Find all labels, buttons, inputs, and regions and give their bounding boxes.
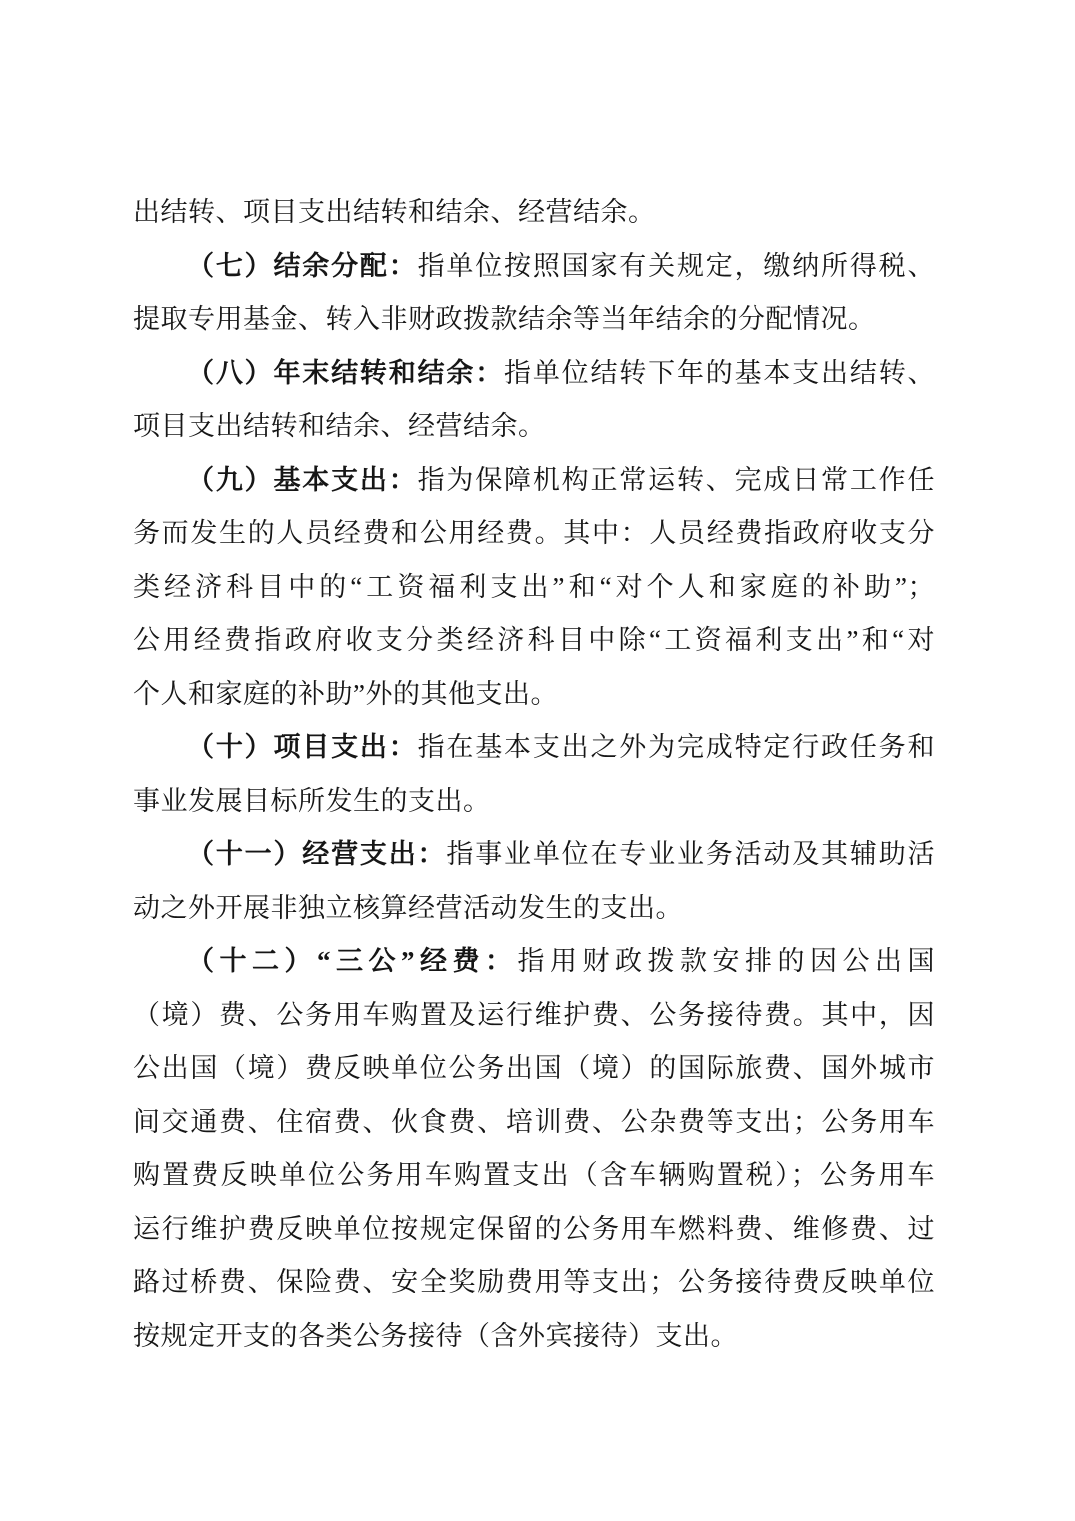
document-text-block: 出结转、项目支出结转和结余、经营结余。（七）结余分配：指单位按照国家有关规定，缴…: [133, 186, 935, 1363]
heading-segment: （九）基本支出：: [187, 465, 418, 495]
body-segment: （境）费、公务用车购置及运行维护费、公务接待费。其中，因: [133, 1000, 935, 1030]
body-segment: 动之外开展非独立核算经营活动发生的支出。: [133, 893, 683, 923]
body-segment: 公出国（境）费反映单位公务出国（境）的国际旅费、国外城市: [133, 1053, 935, 1083]
heading-segment: （十）项目支出：: [187, 732, 418, 762]
text-line: （九）基本支出：指为保障机构正常运转、完成日常工作任: [133, 454, 935, 508]
body-segment: 运行维护费反映单位按规定保留的公务用车燃料费、维修费、过: [133, 1214, 935, 1244]
text-line: 提取专用基金、转入非财政拨款结余等当年结余的分配情况。: [133, 293, 935, 347]
body-segment: 类经济科目中的“工资福利支出”和“对个人和家庭的补助”；: [133, 572, 935, 602]
body-segment: 指为保障机构正常运转、完成日常工作任: [418, 465, 935, 495]
text-line: 出结转、项目支出结转和结余、经营结余。: [133, 186, 935, 240]
body-segment: 出结转、项目支出结转和结余、经营结余。: [133, 197, 656, 227]
text-line: 路过桥费、保险费、安全奖励费用等支出；公务接待费反映单位: [133, 1256, 935, 1310]
text-line: 购置费反映单位公务用车购置支出（含车辆购置税）；公务用车: [133, 1149, 935, 1203]
body-segment: 指用财政拨款安排的因公出国: [518, 946, 936, 976]
text-line: 按规定开支的各类公务接待（含外宾接待）支出。: [133, 1310, 935, 1364]
text-line: 类经济科目中的“工资福利支出”和“对个人和家庭的补助”；: [133, 561, 935, 615]
text-line: （十一）经营支出：指事业单位在专业业务活动及其辅助活: [133, 828, 935, 882]
body-segment: 项目支出结转和结余、经营结余。: [133, 411, 546, 441]
body-segment: 指事业单位在专业业务活动及其辅助活: [446, 839, 935, 869]
text-line: 公出国（境）费反映单位公务出国（境）的国际旅费、国外城市: [133, 1042, 935, 1096]
body-segment: 个人和家庭的补助”外的其他支出。: [133, 679, 558, 709]
body-segment: 路过桥费、保险费、安全奖励费用等支出；公务接待费反映单位: [133, 1267, 935, 1297]
text-line: （七）结余分配：指单位按照国家有关规定，缴纳所得税、: [133, 240, 935, 294]
document-page: 出结转、项目支出结转和结余、经营结余。（七）结余分配：指单位按照国家有关规定，缴…: [0, 0, 1075, 1521]
text-line: 间交通费、住宿费、伙食费、培训费、公杂费等支出；公务用车: [133, 1096, 935, 1150]
body-segment: 务而发生的人员经费和公用经费。其中：人员经费指政府收支分: [133, 518, 935, 548]
heading-segment: （十二）“三公”经费：: [187, 946, 518, 976]
heading-segment: （八）年末结转和结余：: [187, 358, 504, 388]
body-segment: 指在基本支出之外为完成特定行政任务和: [418, 732, 935, 762]
text-line: 运行维护费反映单位按规定保留的公务用车燃料费、维修费、过: [133, 1203, 935, 1257]
text-line: 项目支出结转和结余、经营结余。: [133, 400, 935, 454]
text-line: 动之外开展非独立核算经营活动发生的支出。: [133, 882, 935, 936]
text-line: （境）费、公务用车购置及运行维护费、公务接待费。其中，因: [133, 989, 935, 1043]
text-line: 事业发展目标所发生的支出。: [133, 775, 935, 829]
body-segment: 按规定开支的各类公务接待（含外宾接待）支出。: [133, 1321, 738, 1351]
body-segment: 购置费反映单位公务用车购置支出（含车辆购置税）；公务用车: [133, 1160, 935, 1190]
text-line: 个人和家庭的补助”外的其他支出。: [133, 668, 935, 722]
heading-segment: （七）结余分配：: [187, 251, 418, 281]
text-line: （十二）“三公”经费：指用财政拨款安排的因公出国: [133, 935, 935, 989]
body-segment: 指单位按照国家有关规定，缴纳所得税、: [418, 251, 935, 281]
body-segment: 事业发展目标所发生的支出。: [133, 786, 491, 816]
body-segment: 提取专用基金、转入非财政拨款结余等当年结余的分配情况。: [133, 304, 876, 334]
text-line: 公用经费指政府收支分类经济科目中除“工资福利支出”和“对: [133, 614, 935, 668]
text-line: （十）项目支出：指在基本支出之外为完成特定行政任务和: [133, 721, 935, 775]
heading-segment: （十一）经营支出：: [187, 839, 446, 869]
body-segment: 指单位结转下年的基本支出结转、: [504, 358, 935, 388]
body-segment: 间交通费、住宿费、伙食费、培训费、公杂费等支出；公务用车: [133, 1107, 935, 1137]
text-line: （八）年末结转和结余：指单位结转下年的基本支出结转、: [133, 347, 935, 401]
body-segment: 公用经费指政府收支分类经济科目中除“工资福利支出”和“对: [133, 625, 935, 655]
text-line: 务而发生的人员经费和公用经费。其中：人员经费指政府收支分: [133, 507, 935, 561]
